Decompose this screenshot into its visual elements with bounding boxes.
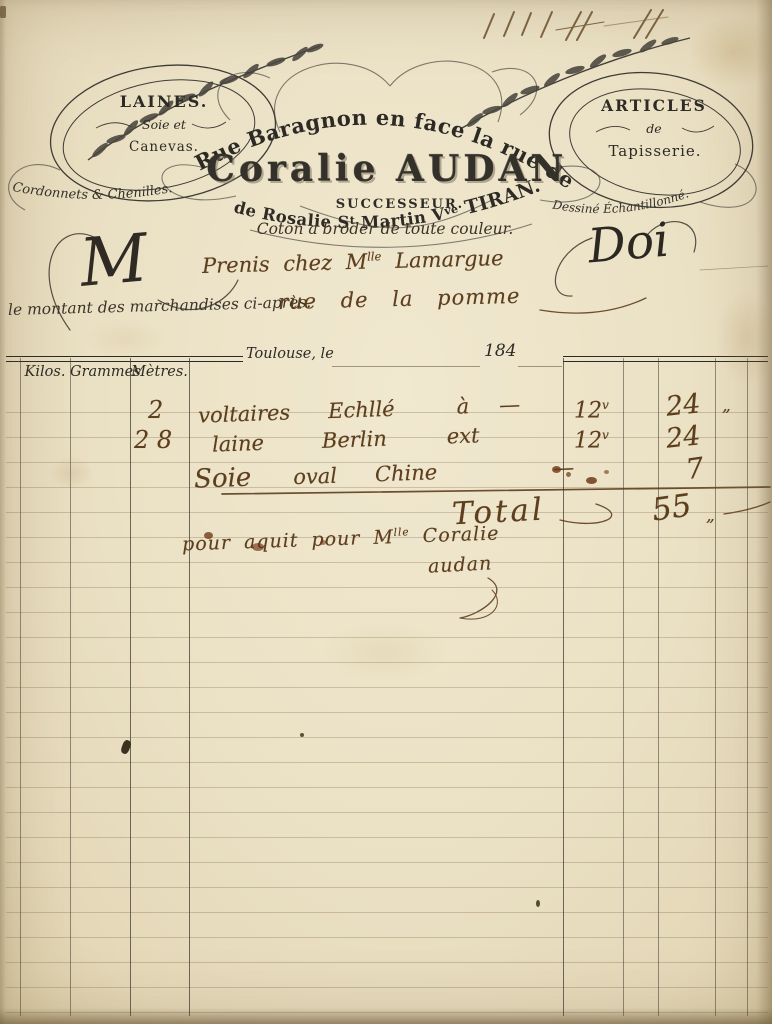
table-vline xyxy=(715,358,716,1016)
row-amount: 24 xyxy=(664,388,701,422)
table-vline xyxy=(623,358,624,1016)
left-badge-sub1: Soie et xyxy=(124,117,204,132)
row-qty: 2 8 xyxy=(134,426,172,454)
right-badge-sub1: de xyxy=(638,121,670,136)
total-amount: 55 xyxy=(650,487,694,528)
pen-tally-marks-icon xyxy=(484,10,668,40)
row-amount: 24 xyxy=(664,420,701,454)
tagline: Coton a broder de toute couleur. xyxy=(228,220,542,238)
invoice-page: Rue Baragnon en face la rue des Arts. de… xyxy=(0,0,772,1024)
table-vline xyxy=(70,358,71,1016)
successor-label: SUCCESSEUR. xyxy=(330,197,470,212)
dateline-year: 184 xyxy=(484,341,516,361)
top-rule-right xyxy=(563,356,768,362)
dateline-blank xyxy=(332,366,480,367)
table-vline xyxy=(20,358,21,1016)
right-badge-curved-text: Dessiné Échantillonné. xyxy=(550,186,690,216)
row-cents: „ xyxy=(722,396,731,416)
col-header-grammes: Grammes xyxy=(70,364,130,380)
dateline-blank2 xyxy=(518,366,562,367)
table-vline xyxy=(747,358,748,1016)
table-vline xyxy=(130,358,131,1016)
table-vline xyxy=(189,358,190,1016)
table-vline xyxy=(658,358,659,1016)
col-header-kilos: Kilos. xyxy=(20,364,70,380)
m-initial: M xyxy=(77,219,151,302)
top-rule-left xyxy=(6,356,243,362)
doit-label: Doi xyxy=(586,213,672,275)
right-badge-sub2: Tapisserie. xyxy=(594,142,716,160)
row-qty: 2 xyxy=(148,396,163,424)
dateline-place: Toulouse, le xyxy=(246,346,334,362)
row-price: 12v xyxy=(574,398,609,423)
left-badge-curved-text: Cordonnets & Chenilles. xyxy=(11,180,173,203)
left-badge-title: LAINES. xyxy=(108,92,220,111)
business-name: Coralie AUDAN xyxy=(192,148,582,190)
total-cents: „ xyxy=(706,506,715,526)
right-badge-frame-icon xyxy=(543,63,760,218)
right-badge-title: ARTICLES xyxy=(598,96,710,115)
signature-name: audan xyxy=(427,552,492,577)
row-price: 12v xyxy=(574,428,609,453)
col-header-metres: Mètres. xyxy=(130,364,189,380)
